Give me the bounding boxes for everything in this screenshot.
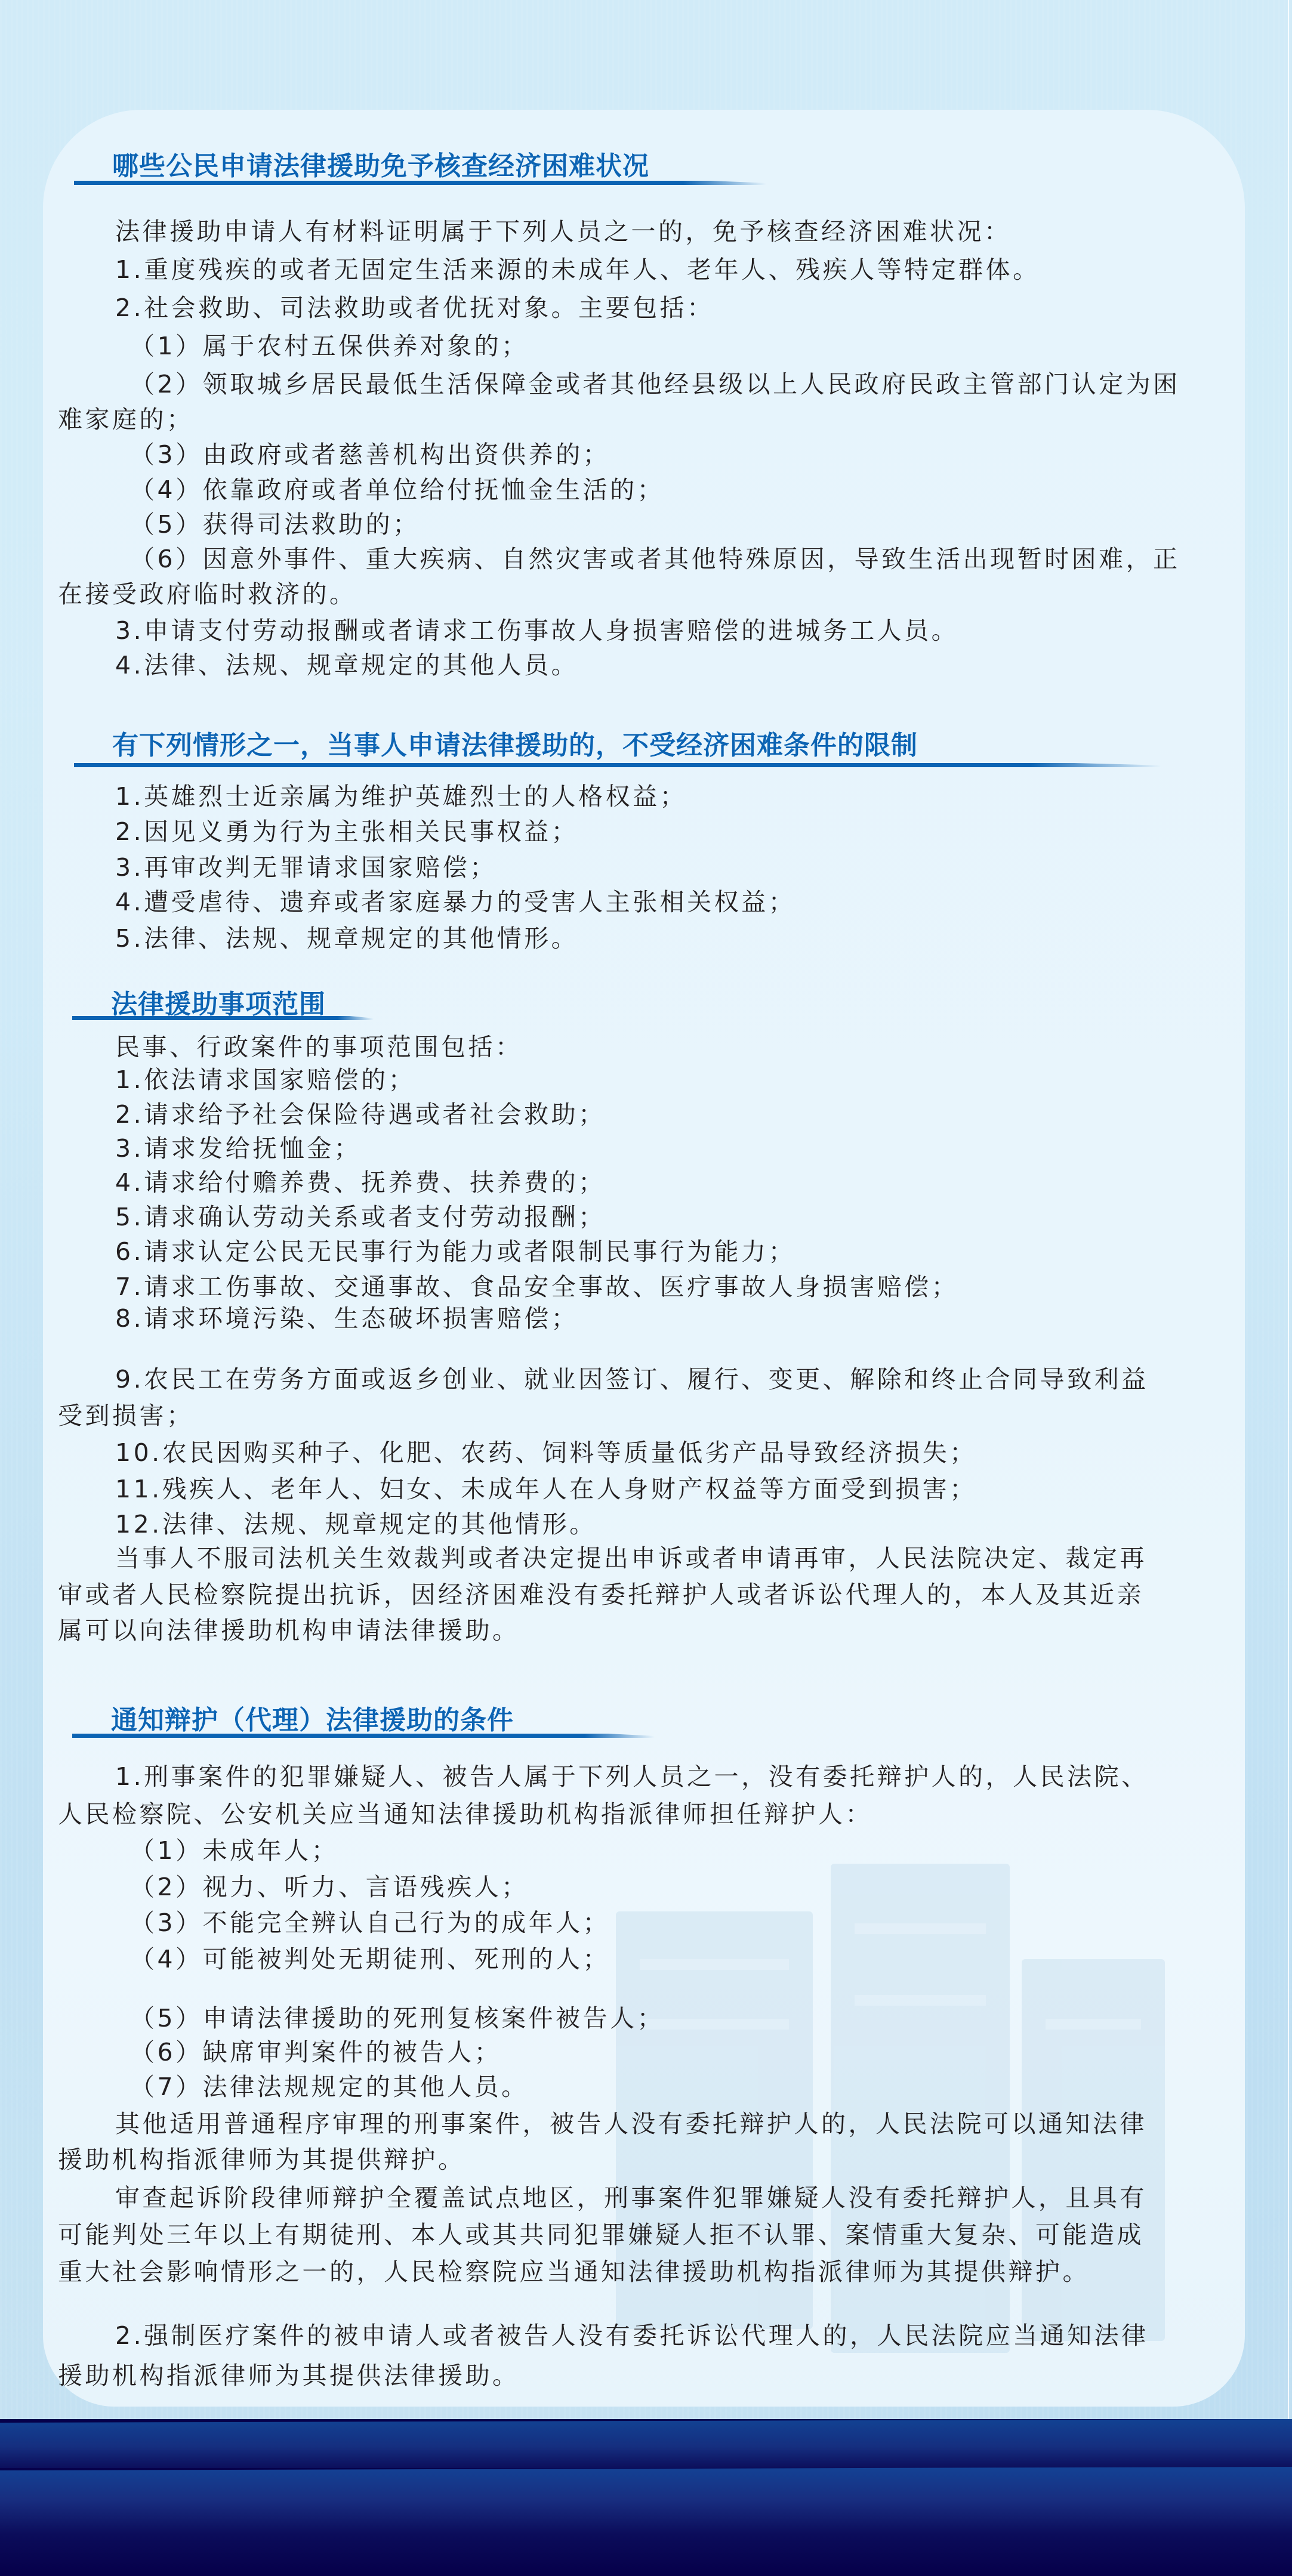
body-line: 9.农民工在劳务方面或返乡创业、就业因签订、履行、变更、解除和终止合同导致利益	[115, 1367, 1149, 1392]
body-line: 2.强制医疗案件的被申请人或者被告人没有委托诉讼代理人的，人民法院应当通知法律	[115, 2324, 1149, 2348]
body-line: 人民检察院、公安机关应当通知法律援助机构指派律师担任辩护人：	[58, 1802, 872, 1827]
body-line: 6.请求认定公民无民事行为能力或者限制民事行为能力；	[115, 1240, 795, 1264]
body-line: 1.依法请求国家赔偿的；	[115, 1068, 415, 1092]
right-edge-line	[1288, 0, 1289, 2419]
body-line: 4.遭受虐待、遗弃或者家庭暴力的受害人主张相关权益；	[115, 890, 795, 915]
heading-underline	[74, 763, 1161, 767]
body-line: 11.残疾人、老年人、妇女、未成年人在人身财产权益等方面受到损害；	[115, 1477, 977, 1502]
section-heading: 有下列情形之一，当事人申请法律援助的，不受经济困难条件的限制	[112, 733, 918, 759]
body-line: （6）缺席审判案件的被告人；	[130, 2040, 501, 2065]
body-line: 当事人不服司法机关生效裁判或者决定提出申诉或者申请再审，人民法院决定、裁定再	[115, 1546, 1147, 1571]
body-line: 3.申请支付劳动报酬或者请求工伤事故人身损害赔偿的进城务工人员。	[115, 619, 958, 643]
footer-stripe-upper	[0, 2419, 1292, 2468]
body-line: 援助机构指派律师为其提供法律援助。	[58, 2364, 520, 2388]
body-line: （1）未成年人；	[130, 1839, 338, 1863]
body-line: （5）申请法律援助的死刑复核案件被告人；	[130, 2006, 664, 2031]
body-line: （3）由政府或者慈善机构出资供养的；	[130, 443, 610, 467]
body-line: 1.重度残疾的或者无固定生活来源的未成年人、老年人、残疾人等特定群体。	[115, 258, 1040, 282]
body-line: 2.社会救助、司法救助或者优抚对象。主要包括：	[115, 296, 714, 320]
body-line: 受到损害；	[58, 1404, 194, 1428]
body-line: 民事、行政案件的事项范围包括：	[115, 1035, 523, 1060]
body-line: （2）领取城乡居民最低生活保障金或者其他经县级以上人民政府民政主管部门认定为困	[130, 372, 1180, 397]
body-line: 其他适用普通程序审理的刑事案件，被告人没有委托辩护人的，人民法院可以通知法律	[115, 2112, 1147, 2136]
body-line: （2）视力、听力、言语残疾人；	[130, 1875, 529, 1899]
body-line: （5）获得司法救助的；	[130, 512, 420, 537]
body-line: 4.法律、法规、规章规定的其他人员。	[115, 653, 578, 678]
body-line: 1.英雄烈士近亲属为维护英雄烈士的人格权益；	[115, 784, 687, 809]
body-line: 法律援助申请人有材料证明属于下列人员之一的，免予核查经济困难状况：	[115, 220, 1012, 244]
section-heading: 通知辩护（代理）法律援助的条件	[111, 1707, 514, 1734]
body-line: 审查起诉阶段律师辩护全覆盖试点地区，刑事案件犯罪嫌疑人没有委托辩护人，且具有	[115, 2186, 1147, 2210]
body-line: 援助机构指派律师为其提供辩护。	[58, 2148, 465, 2172]
body-line: 属可以向法律援助机构申请法律援助。	[58, 1619, 520, 1643]
body-line: 1.刑事案件的犯罪嫌疑人、被告人属于下列人员之一，没有委托辩护人的，人民法院、	[115, 1765, 1149, 1789]
body-line: （3）不能完全辨认自己行为的成年人；	[130, 1911, 610, 1935]
body-line: 4.请求给付赡养费、抚养费、扶养费的；	[115, 1170, 606, 1195]
body-line: 2.请求给予社会保险待遇或者社会救助；	[115, 1102, 606, 1127]
heading-underline	[72, 1734, 655, 1738]
body-line: （1）属于农村五保供养对象的；	[130, 334, 529, 359]
body-line: 3.请求发给抚恤金；	[115, 1136, 361, 1161]
body-line: （4）可能被判处无期徒刑、死刑的人；	[130, 1947, 610, 1972]
body-line: 3.再审改判无罪请求国家赔偿；	[115, 855, 497, 880]
body-line: （6）因意外事件、重大疾病、自然灾害或者其他特殊原因，导致生活出现暂时困难，正	[130, 547, 1180, 572]
footer-stripe-lower	[0, 2467, 1292, 2576]
heading-underline	[74, 181, 766, 185]
footer-band	[0, 2419, 1292, 2576]
section-heading: 法律援助事项范围	[111, 992, 326, 1018]
body-line: （4）依靠政府或者单位给付抚恤金生活的；	[130, 478, 664, 502]
heading-underline	[72, 1016, 374, 1020]
body-line: 5.请求确认劳动关系或者支付劳动报酬；	[115, 1205, 606, 1230]
body-line: 8.请求环境污染、生态破坏损害赔偿；	[115, 1306, 578, 1331]
section-heading: 哪些公民申请法律援助免予核查经济困难状况	[112, 153, 649, 180]
body-line: 审或者人民检察院提出抗诉，因经济困难没有委托辩护人或者诉讼代理人的，本人及其近亲	[58, 1583, 1144, 1607]
body-line: 7.请求工伤事故、交通事故、食品安全事故、医疗事故人身损害赔偿；	[115, 1275, 958, 1299]
body-line: 在接受政府临时救济的。	[58, 582, 357, 607]
body-line: （7）法律法规规定的其他人员。	[130, 2075, 529, 2099]
body-line: 可能判处三年以上有期徒刑、本人或其共同犯罪嫌疑人拒不认罪、案情重大复杂、可能造成	[58, 2223, 1144, 2247]
body-line: 难家庭的；	[58, 407, 194, 432]
body-line: 5.法律、法规、规章规定的其他情形。	[115, 926, 578, 951]
body-line: 12.法律、法规、规章规定的其他情形。	[115, 1512, 597, 1537]
body-line: 2.因见义勇为行为主张相关民事权益；	[115, 820, 578, 844]
body-line: 重大社会影响情形之一的，人民检察院应当通知法律援助机构指派律师为其提供辩护。	[58, 2260, 1090, 2284]
body-line: 10.农民因购买种子、化肥、农药、饲料等质量低劣产品导致经济损失；	[115, 1441, 977, 1465]
